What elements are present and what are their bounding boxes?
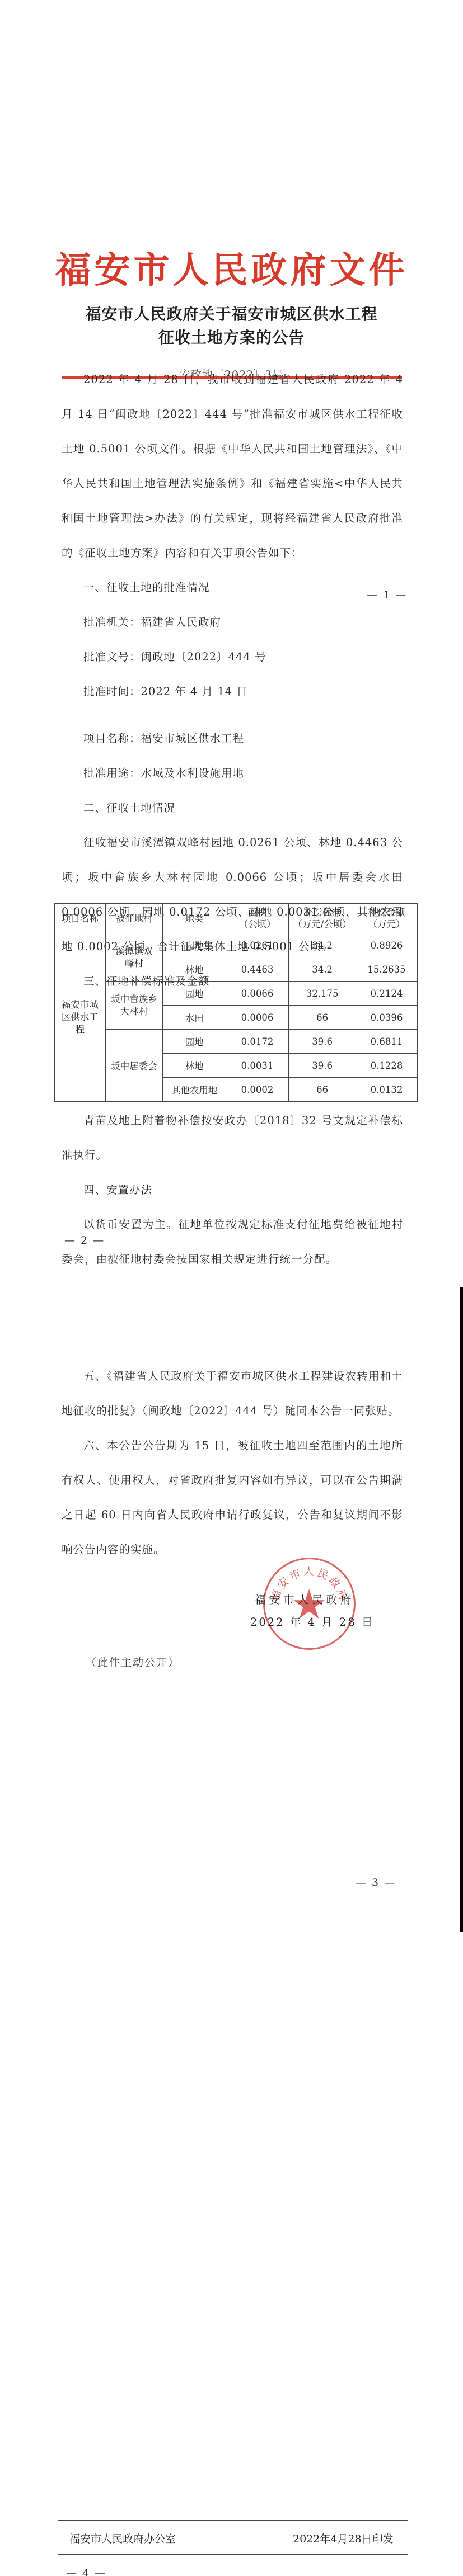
notice-title-line1: 福安市人民政府关于福安市城区供水工程 <box>0 302 463 324</box>
col-amount: 补偿金额 （万元） <box>356 904 417 933</box>
page-number-4: — 4 — <box>66 2567 106 2576</box>
footer-print-date: 2022年4月28日印发 <box>293 2531 394 2546</box>
section2-heading: 二、征收土地情况 <box>62 791 403 825</box>
section4-body: 以货币安置为主。征地单位按规定标准支付征地费给被征地村委会，由被征地村委会按国家… <box>62 1207 403 1277</box>
table-row: 坂中畲族乡大林村 园地 0.0066 32.175 0.2124 <box>55 982 418 1006</box>
footer-office: 福安市人民政府办公室 <box>69 2531 176 2546</box>
section1-heading: 一、征收土地的批准情况 <box>62 570 403 605</box>
table-header-row: 项目名称 被征地村 地类 面积 （公顷） 补偿标准 （万元/公顷） 补偿金额 （… <box>55 904 418 933</box>
notice-title-line2: 征收土地方案的公告 <box>0 325 463 348</box>
footer-bottom-line <box>58 2554 408 2555</box>
col-project: 项目名称 <box>55 904 106 933</box>
col-land-type: 地类 <box>163 904 226 933</box>
approved-use: 批准用途：水域及水利设施用地 <box>62 756 403 791</box>
page-number-1: — 1 — <box>367 589 407 601</box>
section4-heading: 四、安置办法 <box>62 1173 403 1207</box>
section5-6-text: 五、《福建省人民政府关于福安市城区供水工程建设农转用和土地征收的批复》（闽政地〔… <box>62 1359 403 1567</box>
page-number-2: — 2 — <box>64 1234 105 1247</box>
scan-edge-bar <box>460 1287 463 1932</box>
approval-authority: 批准机关：福建省人民政府 <box>62 605 403 640</box>
village-cell: 坂中畲族乡大林村 <box>105 982 163 1030</box>
table-row: 坂中居委会 园地 0.0172 39.6 0.6811 <box>55 1030 418 1054</box>
table-row: 福安市城区供水工程 溪潭镇双峰村 园地 0.0261 34.2 0.8926 <box>55 933 418 957</box>
page-number-3: — 3 — <box>356 1876 396 1889</box>
project-cell: 福安市城区供水工程 <box>55 933 106 1102</box>
col-standard: 补偿标准 （万元/公顷） <box>289 904 356 933</box>
col-village: 被征地村 <box>105 904 163 933</box>
village-cell: 溪潭镇双峰村 <box>105 933 163 982</box>
col-area: 面积 （公顷） <box>226 904 288 933</box>
intro-paragraph: 2022 年 4 月 28 日，我市收到福建省人民政府 2022 年 4 月 1… <box>62 362 403 709</box>
village-cell: 坂中居委会 <box>105 1030 163 1102</box>
compensation-table: 项目名称 被征地村 地类 面积 （公顷） 补偿标准 （万元/公顷） 补偿金额 （… <box>54 903 418 1102</box>
compensation-note: 青苗及地上附着物补偿按安政办〔2018〕32 号文规定补偿标准执行。 <box>62 1103 403 1173</box>
disclosure-note: （此件主动公开） <box>86 1654 180 1669</box>
footer-top-line <box>58 2520 408 2521</box>
project-name: 项目名称：福安市城区供水工程 <box>62 721 403 756</box>
intro-text: 2022 年 4 月 28 日，我市收到福建省人民政府 2022 年 4 月 1… <box>62 362 403 570</box>
document-masthead: 福安市人民政府文件 <box>0 242 463 293</box>
section3-4-text: 青苗及地上附着物补偿按安政办〔2018〕32 号文规定补偿标准执行。 四、安置办… <box>62 1103 403 1277</box>
approval-date: 批准时间：2022 年 4 月 14 日 <box>62 674 403 709</box>
approval-doc-number: 批准文号：闽政地〔2022〕444 号 <box>62 640 403 674</box>
section6-body: 六、本公告公告期为 15 日，被征收土地四至范围内的土地所有权人、使用权人，对省… <box>62 1428 403 1567</box>
issuer-name: 福安市人民政府 <box>255 1591 355 1607</box>
issue-date: 2022 年 4 月 28 日 <box>250 1613 374 1629</box>
section5-body: 五、《福建省人民政府关于福安市城区供水工程建设农转用和土地征收的批复》（闽政地〔… <box>62 1359 403 1428</box>
